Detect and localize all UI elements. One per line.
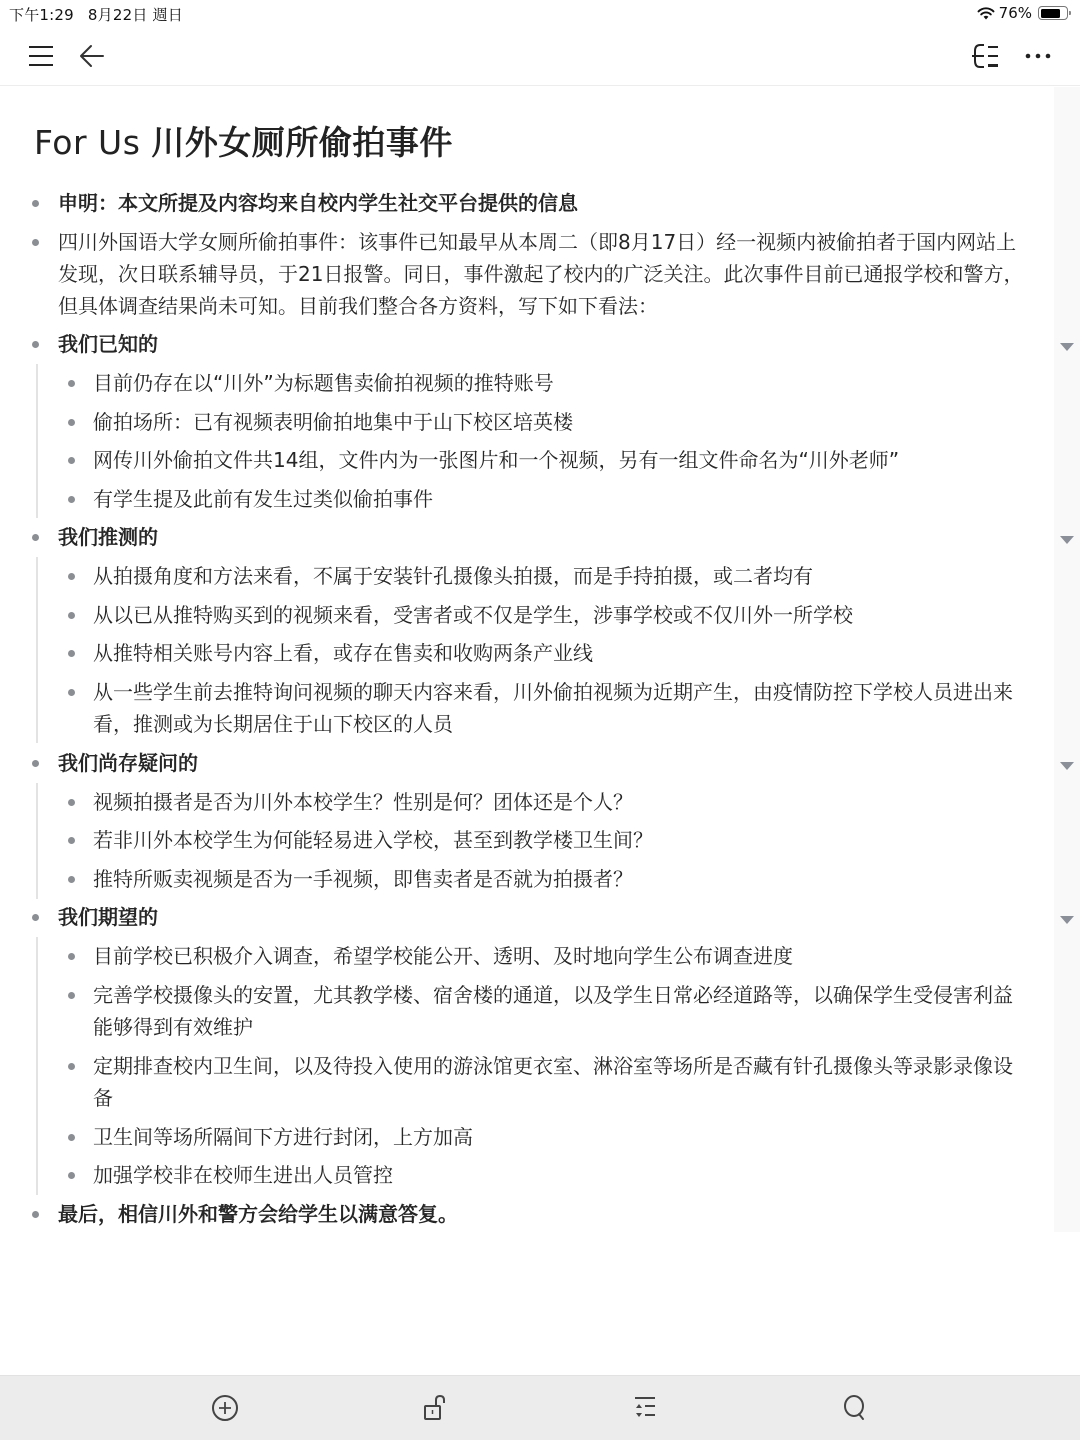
bullet-icon bbox=[68, 612, 75, 619]
item-text: 完善学校摄像头的安置，尤其教学楼、宿舍楼的通道，以及学生日常必经道路等，以确保学… bbox=[93, 979, 1030, 1043]
bullet-icon bbox=[32, 239, 39, 246]
bullet-icon bbox=[68, 496, 75, 503]
bullet-icon bbox=[32, 760, 39, 767]
lock-button[interactable] bbox=[417, 1390, 453, 1426]
bullet-icon bbox=[68, 650, 75, 657]
indent-guide bbox=[36, 937, 38, 1195]
more-button[interactable] bbox=[1018, 38, 1058, 74]
item-text: 有学生提及此前有发生过类似偷拍事件 bbox=[93, 483, 1030, 515]
battery-percent: 76% bbox=[999, 4, 1032, 22]
search-icon bbox=[842, 1394, 868, 1422]
item-text: 从以已从推特购买到的视频来看，受害者或不仅是学生，涉事学校或不仅川外一所学校 bbox=[93, 599, 1030, 631]
item-text: 目前仍存在以“川外”为标题售卖偷拍视频的推特账号 bbox=[93, 367, 1030, 399]
item-text: 定期排查校内卫生间，以及待投入使用的游泳馆更衣室、淋浴室等场所是否藏有针孔摄像头… bbox=[93, 1050, 1030, 1114]
item-text: 偷拍场所：已有视频表明偷拍地集中于山下校区培英楼 bbox=[93, 406, 1030, 438]
status-datetime: 下午1:298月22日 週日 bbox=[9, 4, 197, 25]
bullet-icon bbox=[68, 876, 75, 883]
bullet-icon bbox=[68, 380, 75, 387]
bullet-icon bbox=[68, 799, 75, 806]
item-text: 网传川外偷拍文件共14组，文件内为一张图片和一个视频，另有一组文件命名为“川外老… bbox=[93, 444, 1030, 476]
battery-icon bbox=[1038, 6, 1068, 20]
wifi-icon bbox=[977, 6, 995, 20]
bullet-icon bbox=[68, 573, 75, 580]
bullet-icon bbox=[32, 1211, 39, 1218]
menu-button[interactable] bbox=[21, 38, 61, 74]
item-text: 卫生间等场所隔间下方进行封闭，上方加高 bbox=[93, 1121, 1030, 1153]
bullet-icon bbox=[68, 419, 75, 426]
page-title: For Us 川外女厕所偷拍事件 bbox=[34, 117, 453, 164]
collapse-toggle-expectations[interactable] bbox=[1060, 916, 1074, 924]
bullet-icon bbox=[68, 992, 75, 999]
search-button[interactable] bbox=[837, 1390, 873, 1426]
item-text: 视频拍摄者是否为川外本校学生？性别是何？团体还是个人？ bbox=[93, 786, 1030, 818]
bullet-icon bbox=[68, 457, 75, 464]
bullet-icon bbox=[32, 914, 39, 921]
item-text: 申明：本文所提及内容均来自校内学生社交平台提供的信息 bbox=[58, 187, 1030, 219]
bullet-icon bbox=[32, 534, 39, 541]
unlock-icon bbox=[422, 1394, 448, 1422]
status-time: 下午1:29 bbox=[9, 6, 74, 24]
sort-icon bbox=[632, 1395, 658, 1421]
bottom-toolbar bbox=[0, 1375, 1080, 1440]
bullet-icon bbox=[68, 689, 75, 696]
status-indicators: 76% bbox=[977, 4, 1068, 22]
title-main: 川外女厕所偷拍事件 bbox=[151, 123, 453, 162]
bullet-icon bbox=[68, 953, 75, 960]
more-icon bbox=[1025, 53, 1051, 59]
item-text: 从一些学生前去推特询问视频的聊天内容来看，川外偷拍视频为近期产生，由疫情防控下学… bbox=[93, 676, 1030, 740]
item-text: 加强学校非在校师生进出人员管控 bbox=[93, 1159, 1030, 1191]
outline-toggle-icon bbox=[972, 43, 1000, 69]
item-text: 最后，相信川外和警方会给学生以满意答复。 bbox=[58, 1198, 1030, 1230]
item-text: 若非川外本校学生为何能轻易进入学校，甚至到教学楼卫生间？ bbox=[93, 824, 1030, 856]
back-arrow-icon bbox=[79, 44, 105, 68]
bullet-icon bbox=[68, 1063, 75, 1070]
right-gutter bbox=[1054, 87, 1080, 1232]
add-icon bbox=[211, 1394, 239, 1422]
bullet-icon bbox=[32, 341, 39, 348]
status-date: 8月22日 週日 bbox=[88, 6, 183, 24]
add-button[interactable] bbox=[207, 1390, 243, 1426]
indent-guide bbox=[36, 557, 38, 743]
item-text: 目前学校已积极介入调查，希望学校能公开、透明、及时地向学生公布调查进度 bbox=[93, 940, 1030, 972]
item-text: 我们期望的 bbox=[58, 901, 1030, 933]
title-prefix: For Us bbox=[34, 123, 140, 162]
status-bar: 下午1:298月22日 週日 76% bbox=[0, 0, 1080, 28]
item-text: 我们推测的 bbox=[58, 521, 1030, 553]
bullet-icon bbox=[68, 1134, 75, 1141]
indent-guide bbox=[36, 783, 38, 899]
collapse-toggle-questions[interactable] bbox=[1060, 762, 1074, 770]
item-text: 我们已知的 bbox=[58, 328, 1030, 360]
menu-icon bbox=[29, 45, 53, 67]
collapse-toggle-speculation[interactable] bbox=[1060, 536, 1074, 544]
bullet-icon bbox=[68, 1172, 75, 1179]
item-text: 四川外国语大学女厕所偷拍事件：该事件已知最早从本周二（即8月17日）经一视频内被… bbox=[58, 226, 1030, 322]
item-text: 从推特相关账号内容上看，或存在售卖和收购两条产业线 bbox=[93, 637, 1030, 669]
top-toolbar bbox=[0, 28, 1080, 86]
indent-guide bbox=[36, 364, 38, 518]
back-button[interactable] bbox=[72, 38, 112, 74]
item-text: 从拍摄角度和方法来看，不属于安装针孔摄像头拍摄，而是手持拍摄，或二者均有 bbox=[93, 560, 1030, 592]
item-text: 推特所贩卖视频是否为一手视频，即售卖者是否就为拍摄者？ bbox=[93, 863, 1030, 895]
sort-button[interactable] bbox=[627, 1390, 663, 1426]
collapse-toggle-known[interactable] bbox=[1060, 343, 1074, 351]
bullet-icon bbox=[68, 837, 75, 844]
item-text: 我们尚存疑问的 bbox=[58, 747, 1030, 779]
outline-toggle-button[interactable] bbox=[966, 38, 1006, 74]
bullet-icon bbox=[32, 200, 39, 207]
